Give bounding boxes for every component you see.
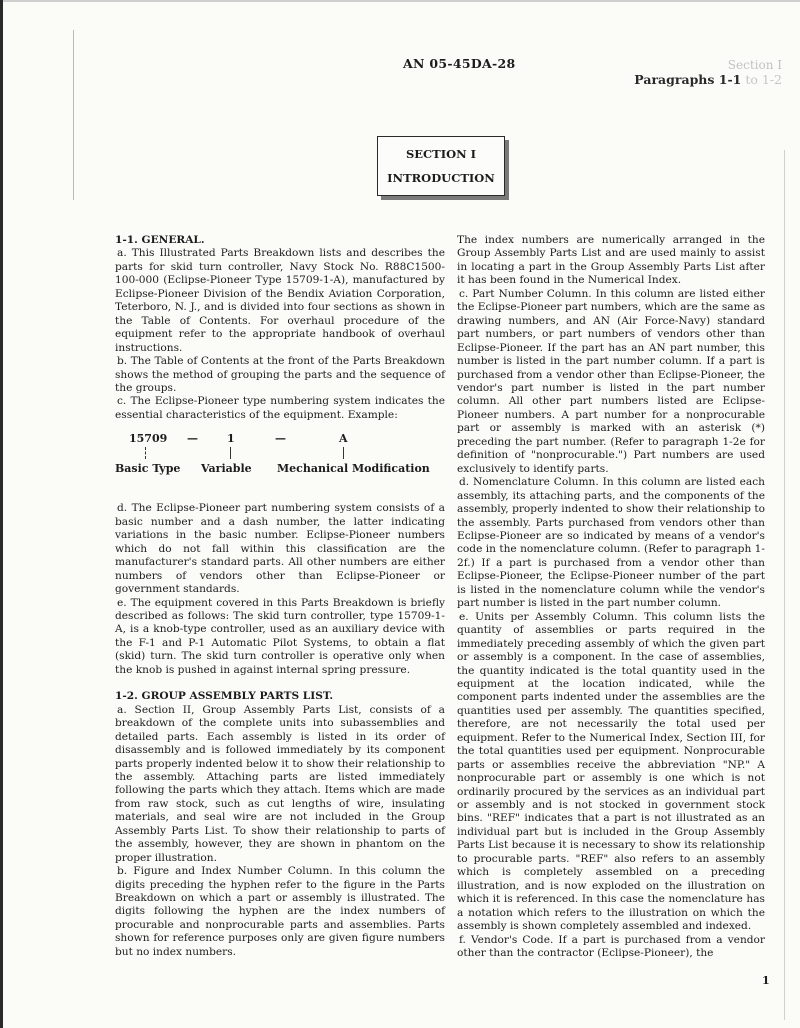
paragraph-1-2d: d. Nomenclature Column. In this column a… [457,476,765,611]
type-number-example: 15709 — 1 — A Basic Type Variable Mechan… [115,432,445,490]
right-column: The index numbers are numerically arrang… [457,234,765,960]
example-tick-basic [145,447,147,459]
paragraph-1-2b-continued: The index numbers are numerically arrang… [457,234,765,288]
spacer [115,677,445,690]
paragraph-1-2c: c. Part Number Column. In this column ar… [457,288,765,476]
paragraph-1-1b: b. The Table of Contents at the front of… [115,355,445,395]
example-label-basic-type: Basic Type [115,462,180,475]
page-left-edge [0,0,3,1028]
section-title: INTRODUCTION [378,171,504,185]
example-dash-1: — [187,432,198,445]
section-number: SECTION I [378,147,504,161]
paragraph-1-1d: d. The Eclipse-Pioneer part numbering sy… [115,502,445,596]
section-title-box: SECTION I INTRODUCTION [377,136,505,196]
section-reference: Section I [728,58,782,72]
paragraphs-reference-range: to 1-2 [741,72,782,87]
binding-line [73,30,74,200]
right-edge-rule [784,150,785,1020]
example-label-modification: Mechanical Modification [277,462,430,475]
example-dash-2: — [275,432,286,445]
heading-1-1: 1-1. GENERAL. [115,234,445,247]
heading-1-2: 1-2. GROUP ASSEMBLY PARTS LIST. [115,690,445,703]
document-id: AN 05-45DA-28 [403,56,515,71]
paragraph-1-2e: e. Units per Assembly Column. This colum… [457,611,765,934]
example-tick-variable [230,447,231,459]
page-top-edge [0,0,800,2]
left-column: 1-1. GENERAL. a. This Illustrated Parts … [115,234,445,959]
paragraph-1-2a: a. Section II, Group Assembly Parts List… [115,704,445,865]
example-modification-letter: A [339,432,348,445]
paragraph-1-1c: c. The Eclipse-Pioneer type numbering sy… [115,395,445,422]
paragraphs-reference-text: Paragraphs 1-1 [634,72,741,87]
example-tick-modification [343,447,344,459]
paragraph-1-1e: e. The equipment covered in this Parts B… [115,597,445,678]
paragraphs-reference: Paragraphs 1-1 to 1-2 [634,72,782,87]
paragraph-1-2f: f. Vendor's Code. If a part is purchased… [457,934,765,961]
paragraph-1-2b: b. Figure and Index Number Column. In th… [115,865,445,959]
example-variable-number: 1 [227,432,235,445]
paragraph-1-1a: a. This Illustrated Parts Breakdown list… [115,247,445,355]
page-number: 1 [762,974,770,987]
example-label-variable: Variable [201,462,252,475]
example-basic-number: 15709 [129,432,167,445]
